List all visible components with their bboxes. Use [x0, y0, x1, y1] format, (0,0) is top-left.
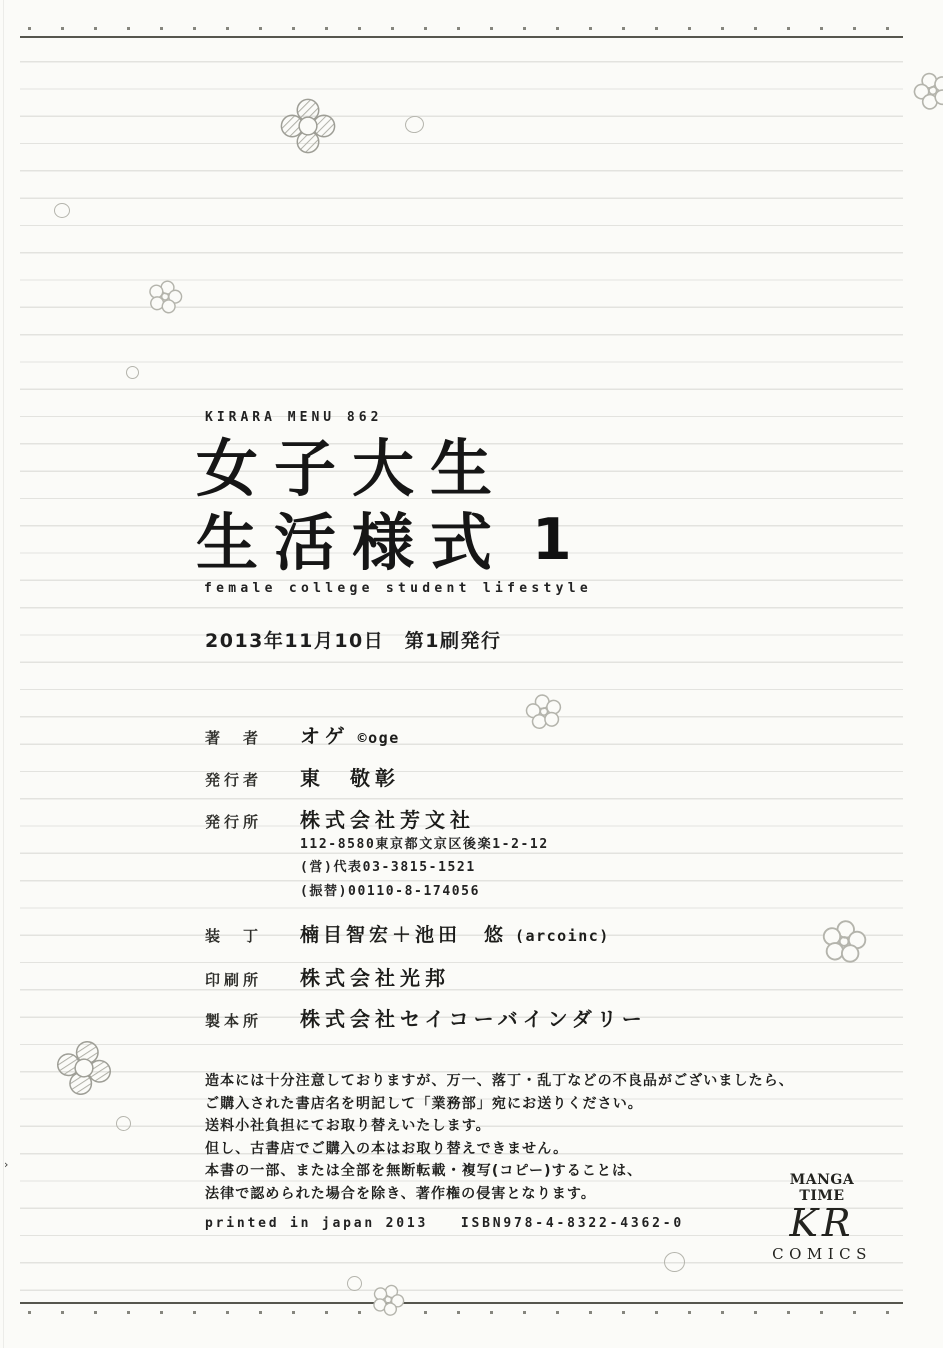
purchase-notice: 造本には十分注意しておりますが、万一、落丁・乱丁などの不良品がございましたら、 …	[205, 1070, 794, 1205]
publisher-person-label: 発行者	[205, 769, 300, 790]
page-edge-mark: ›	[4, 1158, 8, 1171]
volume-number: 1	[532, 512, 572, 569]
design-row: 装 丁 楠目智宏＋池田 悠 (arcoinc)	[205, 920, 610, 947]
author-credit: ©oge	[358, 729, 400, 747]
circle-doodle-icon	[54, 203, 70, 218]
publisher-contact-block: 112-8580東京都文京区後楽1-2-12 (営)代表03-3815-1521…	[300, 833, 549, 903]
printer-name: 株式会社光邦	[300, 962, 450, 991]
binder-name: 株式会社セイコーバインダリー	[300, 1003, 647, 1032]
colophon-page: › KIRARA MENU 862 女子大生 生活様式 1 female col…	[0, 0, 943, 1348]
book-subtitle: female college student lifestyle	[204, 581, 592, 596]
notice-line: 法律で認められた場合を除き、著作権の侵害となります。	[205, 1183, 794, 1206]
series-label: KIRARA MENU 862	[205, 410, 382, 425]
logo-manga-time-text: MANGA TIME	[766, 1172, 878, 1204]
design-credit: (arcoinc)	[515, 927, 610, 945]
author-row: 著 者 オゲ ©oge	[205, 720, 400, 749]
page-left-edge	[3, 0, 4, 1348]
flower-outline-icon	[144, 276, 186, 318]
publisher-person-row: 発行者 東 敬彰	[205, 762, 400, 791]
author-label: 著 者	[205, 727, 300, 748]
book-title-line-1: 女子大生	[196, 438, 508, 500]
publisher-address: 112-8580東京都文京区後楽1-2-12	[300, 833, 549, 856]
notice-line: 造本には十分注意しておりますが、万一、落丁・乱丁などの不良品がございましたら、	[205, 1070, 794, 1093]
kr-comics-logo: MANGA TIME KR COMICS	[766, 1172, 878, 1263]
notice-line: 送料小社負担にてお取り替えいたします。	[205, 1115, 794, 1138]
design-names: 楠目智宏＋池田 悠	[300, 920, 507, 947]
bottom-border-line	[20, 1302, 903, 1304]
flower-outline-icon	[367, 1279, 409, 1321]
flower-outline-icon	[523, 691, 565, 733]
publisher-phone: (営)代表03-3815-1521	[300, 856, 549, 879]
printer-label: 印刷所	[205, 969, 300, 990]
logo-comics-text: COMICS	[766, 1245, 878, 1263]
publisher-person-name: 東 敬彰	[300, 762, 400, 791]
notice-line: ご購入された書店名を明記して「業務部」宛にお送りください。	[205, 1093, 794, 1116]
notice-line: 但し、古書店でご購入の本はお取り替えできません。	[205, 1138, 794, 1161]
isbn-number: ISBN978-4-8322-4362-0	[461, 1216, 684, 1231]
circle-doodle-icon	[126, 366, 139, 379]
publisher-name: 株式会社芳文社	[300, 804, 475, 833]
flower-hatched-icon	[51, 1035, 117, 1101]
publisher-row: 発行所 株式会社芳文社	[205, 804, 475, 833]
flower-outline-icon	[909, 67, 943, 116]
printed-in-text: printed in japan 2013	[205, 1216, 428, 1231]
flower-hatched-icon	[280, 98, 336, 154]
logo-kr-monogram: KR	[766, 1204, 878, 1244]
circle-doodle-icon	[116, 1116, 131, 1131]
author-name: オゲ	[300, 720, 350, 749]
binder-label: 製本所	[205, 1010, 300, 1031]
bottom-tick-marks	[28, 1311, 903, 1314]
top-tick-marks	[28, 27, 903, 30]
binder-row: 製本所 株式会社セイコーバインダリー	[205, 1003, 647, 1032]
print-isbn-line: printed in japan 2013 ISBN978-4-8322-436…	[205, 1216, 684, 1231]
circle-doodle-icon	[403, 114, 425, 135]
book-title-line-2: 生活様式	[196, 512, 508, 574]
top-border-line	[20, 36, 903, 38]
circle-doodle-icon	[347, 1276, 362, 1291]
flower-outline-icon	[819, 917, 869, 967]
publisher-label: 発行所	[205, 811, 300, 832]
publisher-transfer-account: (振替)00110-8-174056	[300, 880, 549, 903]
notice-line: 本書の一部、または全部を無断転載・複写(コピー)することは、	[205, 1160, 794, 1183]
design-label: 装 丁	[205, 925, 300, 946]
circle-doodle-icon	[664, 1252, 685, 1272]
printer-row: 印刷所 株式会社光邦	[205, 962, 450, 991]
print-edition-date: 2013年11月10日 第1刷発行	[205, 626, 501, 653]
